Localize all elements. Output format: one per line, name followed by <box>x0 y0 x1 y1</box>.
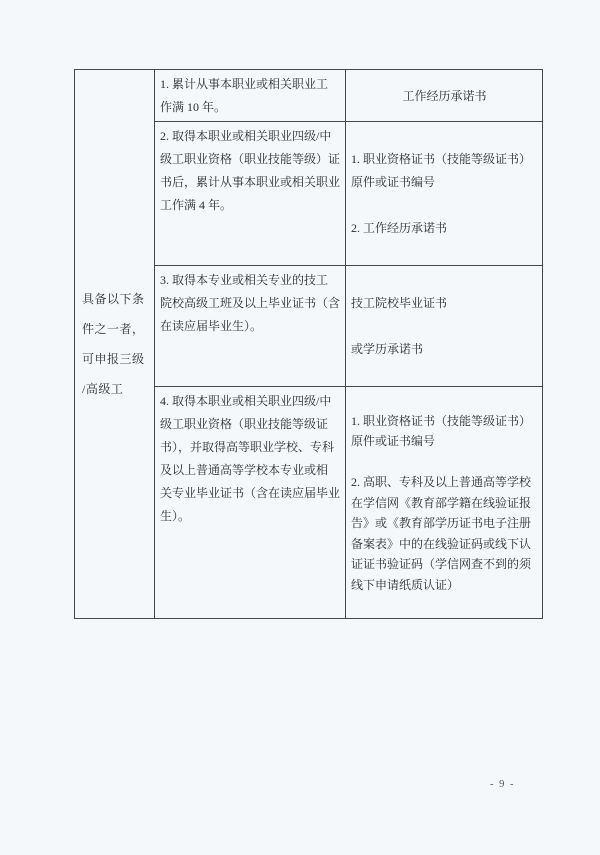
materials-cell: 技工院校毕业证书 或学历承诺书 <box>346 266 543 387</box>
material-item: 工作经历承诺书 <box>402 89 486 103</box>
material-item: 2. 工作经历承诺书 <box>351 217 538 240</box>
material-item: 技工院校毕业证书 <box>351 292 538 315</box>
document-page: { "document": { "page_number": "- 9 -" }… <box>0 0 600 855</box>
page-number: - 9 - <box>490 779 515 790</box>
condition-cell: 4. 取得本职业或相关职业四级/中 级工职业资格（职业技能等级证 书），并取得高… <box>155 387 346 619</box>
materials-cell: 工作经历承诺书 <box>346 70 543 122</box>
materials-cell: 1. 职业资格证书（技能等级证书） 原件或证书编号 2. 高职、专科及以上普通高… <box>346 387 543 619</box>
material-item: 2. 高职、专科及以上普通高等学校 在学信网《教育部学籍在线验证报 告》或《教育… <box>351 472 538 595</box>
table-row: 具备以下条 件之一者， 可申报三级 /高级工 1. 累计从事本职业或相关职业工 … <box>75 70 543 122</box>
material-item: 或学历承诺书 <box>351 338 538 361</box>
condition-cell: 3. 取得本专业或相关专业的技工 院校高级工班及以上毕业证书（含 在读应届毕业生… <box>155 266 346 387</box>
requirements-table: 具备以下条 件之一者， 可申报三级 /高级工 1. 累计从事本职业或相关职业工 … <box>74 69 543 619</box>
criteria-group-header-cell: 具备以下条 件之一者， 可申报三级 /高级工 <box>75 70 155 619</box>
material-item: 1. 职业资格证书（技能等级证书） 原件或证书编号 <box>351 148 538 194</box>
materials-cell: 1. 职业资格证书（技能等级证书） 原件或证书编号 2. 工作经历承诺书 <box>346 122 543 266</box>
condition-cell: 2. 取得本职业或相关职业四级/中 级工职业资格（职业技能等级）证 书后，累计从… <box>155 122 346 266</box>
condition-cell: 1. 累计从事本职业或相关职业工 作满 10 年。 <box>155 70 346 122</box>
material-item: 1. 职业资格证书（技能等级证书） 原件或证书编号 <box>351 411 538 452</box>
